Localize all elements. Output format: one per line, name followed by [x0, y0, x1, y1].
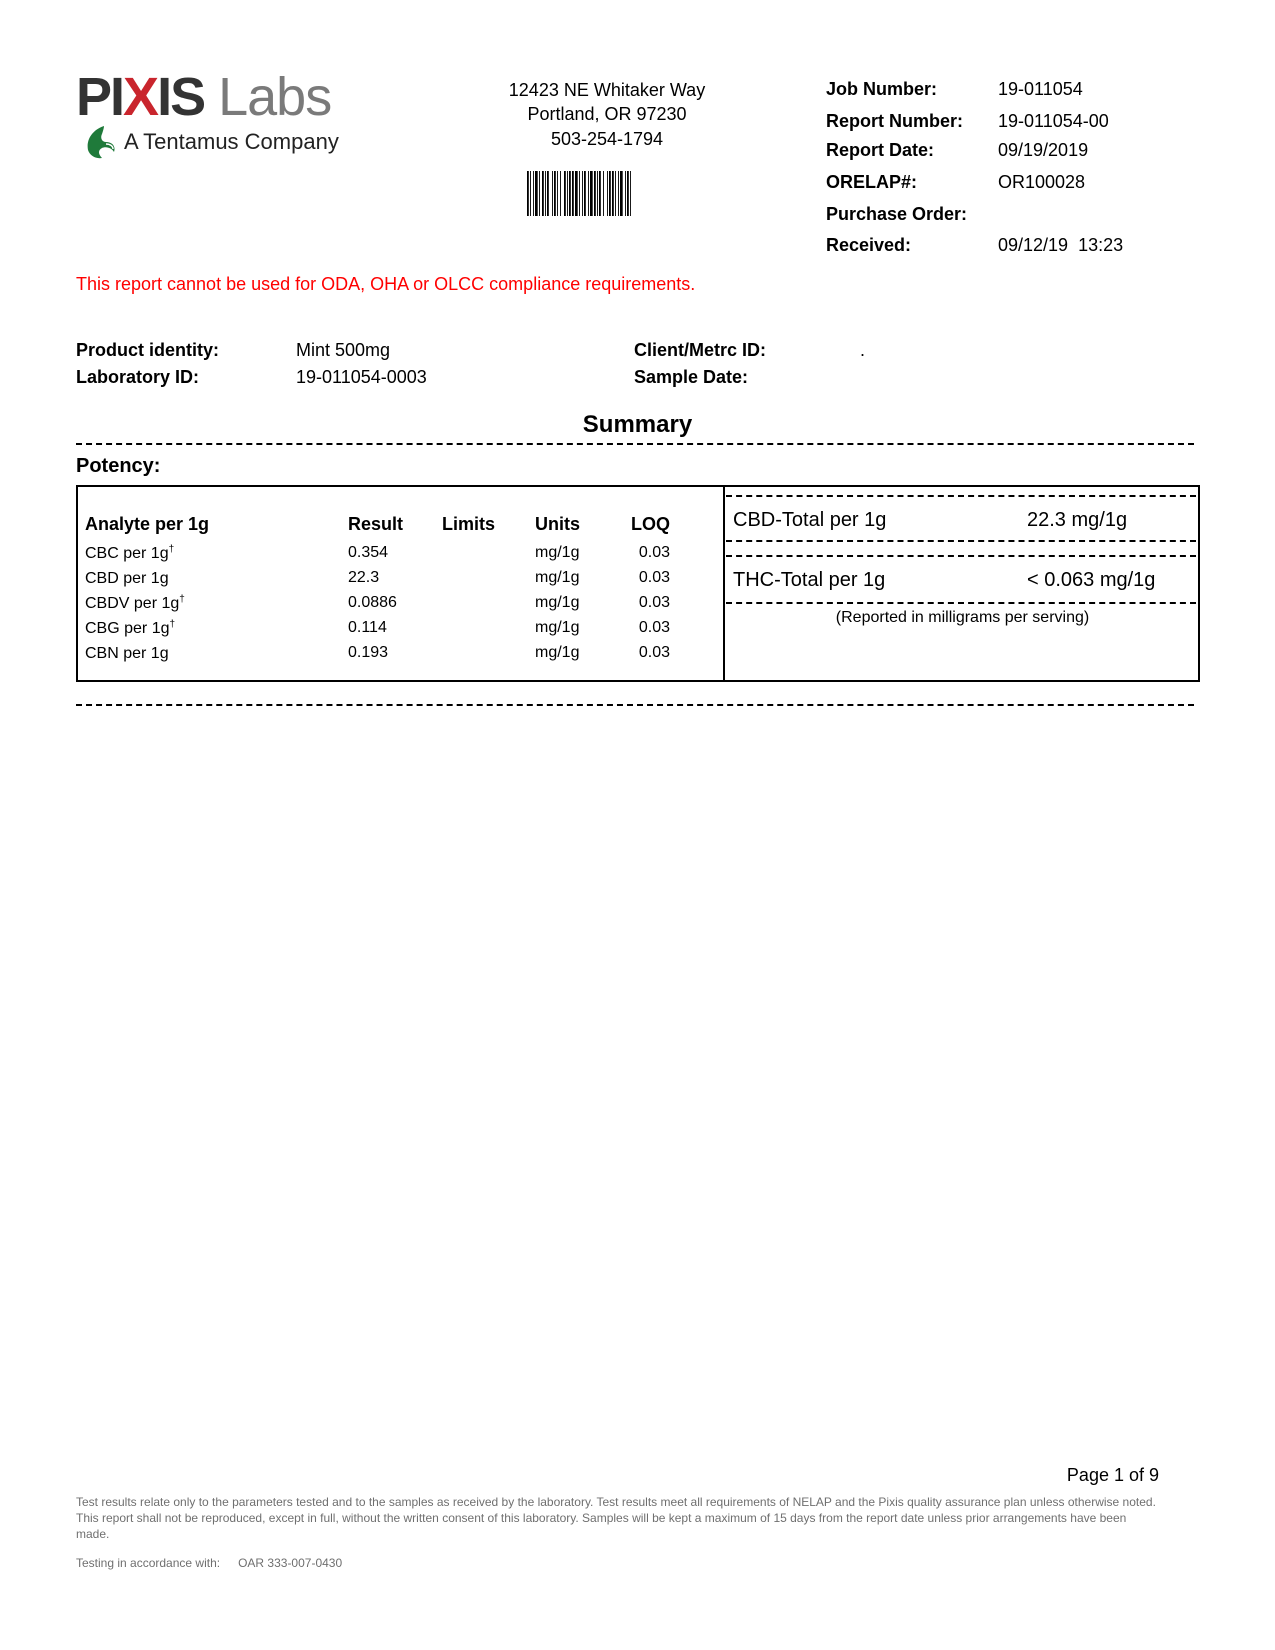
result-cell: 0.354 — [348, 544, 388, 562]
result-cell: 0.114 — [348, 619, 387, 637]
sample-date-label: Sample Date: — [634, 367, 748, 388]
logo-tagline: A Tentamus Company — [84, 124, 339, 160]
loq-cell: 0.03 — [610, 544, 670, 562]
loq-cell: 0.03 — [610, 594, 670, 612]
logo-text-labs: Labs — [204, 67, 331, 127]
thc-total-value: < 0.063 mg/1g — [1027, 569, 1155, 592]
summary-divider — [76, 443, 1194, 445]
page-number: Page 1 of 9 — [1067, 1465, 1159, 1486]
analyte-cell: CBC per 1g† — [85, 544, 174, 563]
report-number-label: Report Number: — [826, 111, 963, 132]
report-date-label: Report Date: — [826, 140, 934, 161]
col-units: Units — [535, 514, 580, 535]
dagger-mark: † — [179, 594, 185, 605]
units-cell: mg/1g — [535, 644, 579, 662]
address-city: Portland, OR 97230 — [487, 102, 727, 126]
tentamus-leaf-icon — [84, 124, 118, 160]
orelap-value: OR100028 — [998, 172, 1085, 193]
client-metrc-id-value: . — [860, 340, 865, 361]
job-number-label: Job Number: — [826, 79, 937, 100]
potency-table-divider — [723, 485, 725, 682]
summary-title: Summary — [0, 411, 1275, 439]
loq-cell: 0.03 — [610, 619, 670, 637]
pixis-labs-logo: PIXIS Labs — [76, 70, 331, 124]
col-loq: LOQ — [610, 514, 670, 535]
section-end-divider — [76, 704, 1194, 706]
logo-text-is: IS — [157, 67, 204, 127]
loq-cell: 0.03 — [610, 644, 670, 662]
analyte-name: CBDV per 1g — [85, 595, 179, 612]
logo-tagline-text: A Tentamus Company — [124, 128, 339, 156]
totals-divider-bottom — [726, 602, 1196, 604]
orelap-label: ORELAP#: — [826, 172, 917, 193]
report-number-value: 19-011054-00 — [998, 111, 1109, 132]
col-analyte: Analyte per 1g — [85, 514, 209, 535]
analyte-name: CBN per 1g — [85, 645, 169, 662]
reported-note: (Reported in milligrams per serving) — [725, 609, 1200, 627]
units-cell: mg/1g — [535, 619, 579, 637]
thc-total-label: THC-Total per 1g — [733, 569, 885, 592]
product-identity-value: Mint 500mg — [296, 340, 390, 361]
logo-text-x: X — [123, 67, 157, 127]
analyte-name: CBG per 1g — [85, 620, 169, 637]
col-limits: Limits — [442, 514, 495, 535]
received-label: Received: — [826, 235, 911, 256]
testing-label: Testing in accordance with: — [76, 1556, 220, 1570]
analyte-name: CBD per 1g — [85, 570, 169, 587]
received-value: 09/12/19 13:23 — [998, 235, 1123, 256]
purchase-order-label: Purchase Order: — [826, 204, 967, 225]
testing-accordance: Testing in accordance with:OAR 333-007-0… — [76, 1556, 342, 1570]
compliance-warning: This report cannot be used for ODA, OHA … — [76, 274, 695, 295]
cbd-total-label: CBD-Total per 1g — [733, 509, 886, 532]
totals-divider-1 — [726, 540, 1196, 542]
col-result: Result — [348, 514, 403, 535]
analyte-cell: CBN per 1g — [85, 644, 169, 663]
product-identity-label: Product identity: — [76, 340, 219, 361]
address-street: 12423 NE Whitaker Way — [487, 78, 727, 102]
cbd-total-value: 22.3 mg/1g — [1027, 509, 1127, 532]
dagger-mark: † — [169, 544, 175, 555]
analyte-cell: CBG per 1g† — [85, 619, 175, 638]
report-date-value: 09/19/2019 — [998, 140, 1088, 161]
barcode-icon — [527, 171, 669, 216]
result-cell: 0.193 — [348, 644, 388, 662]
address-phone: 503-254-1794 — [487, 127, 727, 151]
totals-divider-2 — [726, 555, 1196, 557]
analyte-cell: CBD per 1g — [85, 569, 169, 588]
client-metrc-id-label: Client/Metrc ID: — [634, 340, 766, 361]
dagger-mark: † — [169, 619, 175, 630]
laboratory-id-label: Laboratory ID: — [76, 367, 199, 388]
totals-divider-top — [726, 495, 1196, 497]
result-cell: 0.0886 — [348, 594, 397, 612]
result-cell: 22.3 — [348, 569, 379, 587]
analyte-name: CBC per 1g — [85, 545, 169, 562]
units-cell: mg/1g — [535, 594, 579, 612]
loq-cell: 0.03 — [610, 569, 670, 587]
units-cell: mg/1g — [535, 569, 579, 587]
laboratory-id-value: 19-011054-0003 — [296, 367, 427, 388]
logo-text-pi: PI — [76, 67, 123, 127]
footer-disclaimer: Test results relate only to the paramete… — [76, 1494, 1156, 1542]
analyte-cell: CBDV per 1g† — [85, 594, 185, 613]
potency-heading: Potency: — [76, 455, 160, 478]
job-number-value: 19-011054 — [998, 79, 1083, 100]
units-cell: mg/1g — [535, 544, 579, 562]
testing-value: OAR 333-007-0430 — [238, 1556, 342, 1570]
